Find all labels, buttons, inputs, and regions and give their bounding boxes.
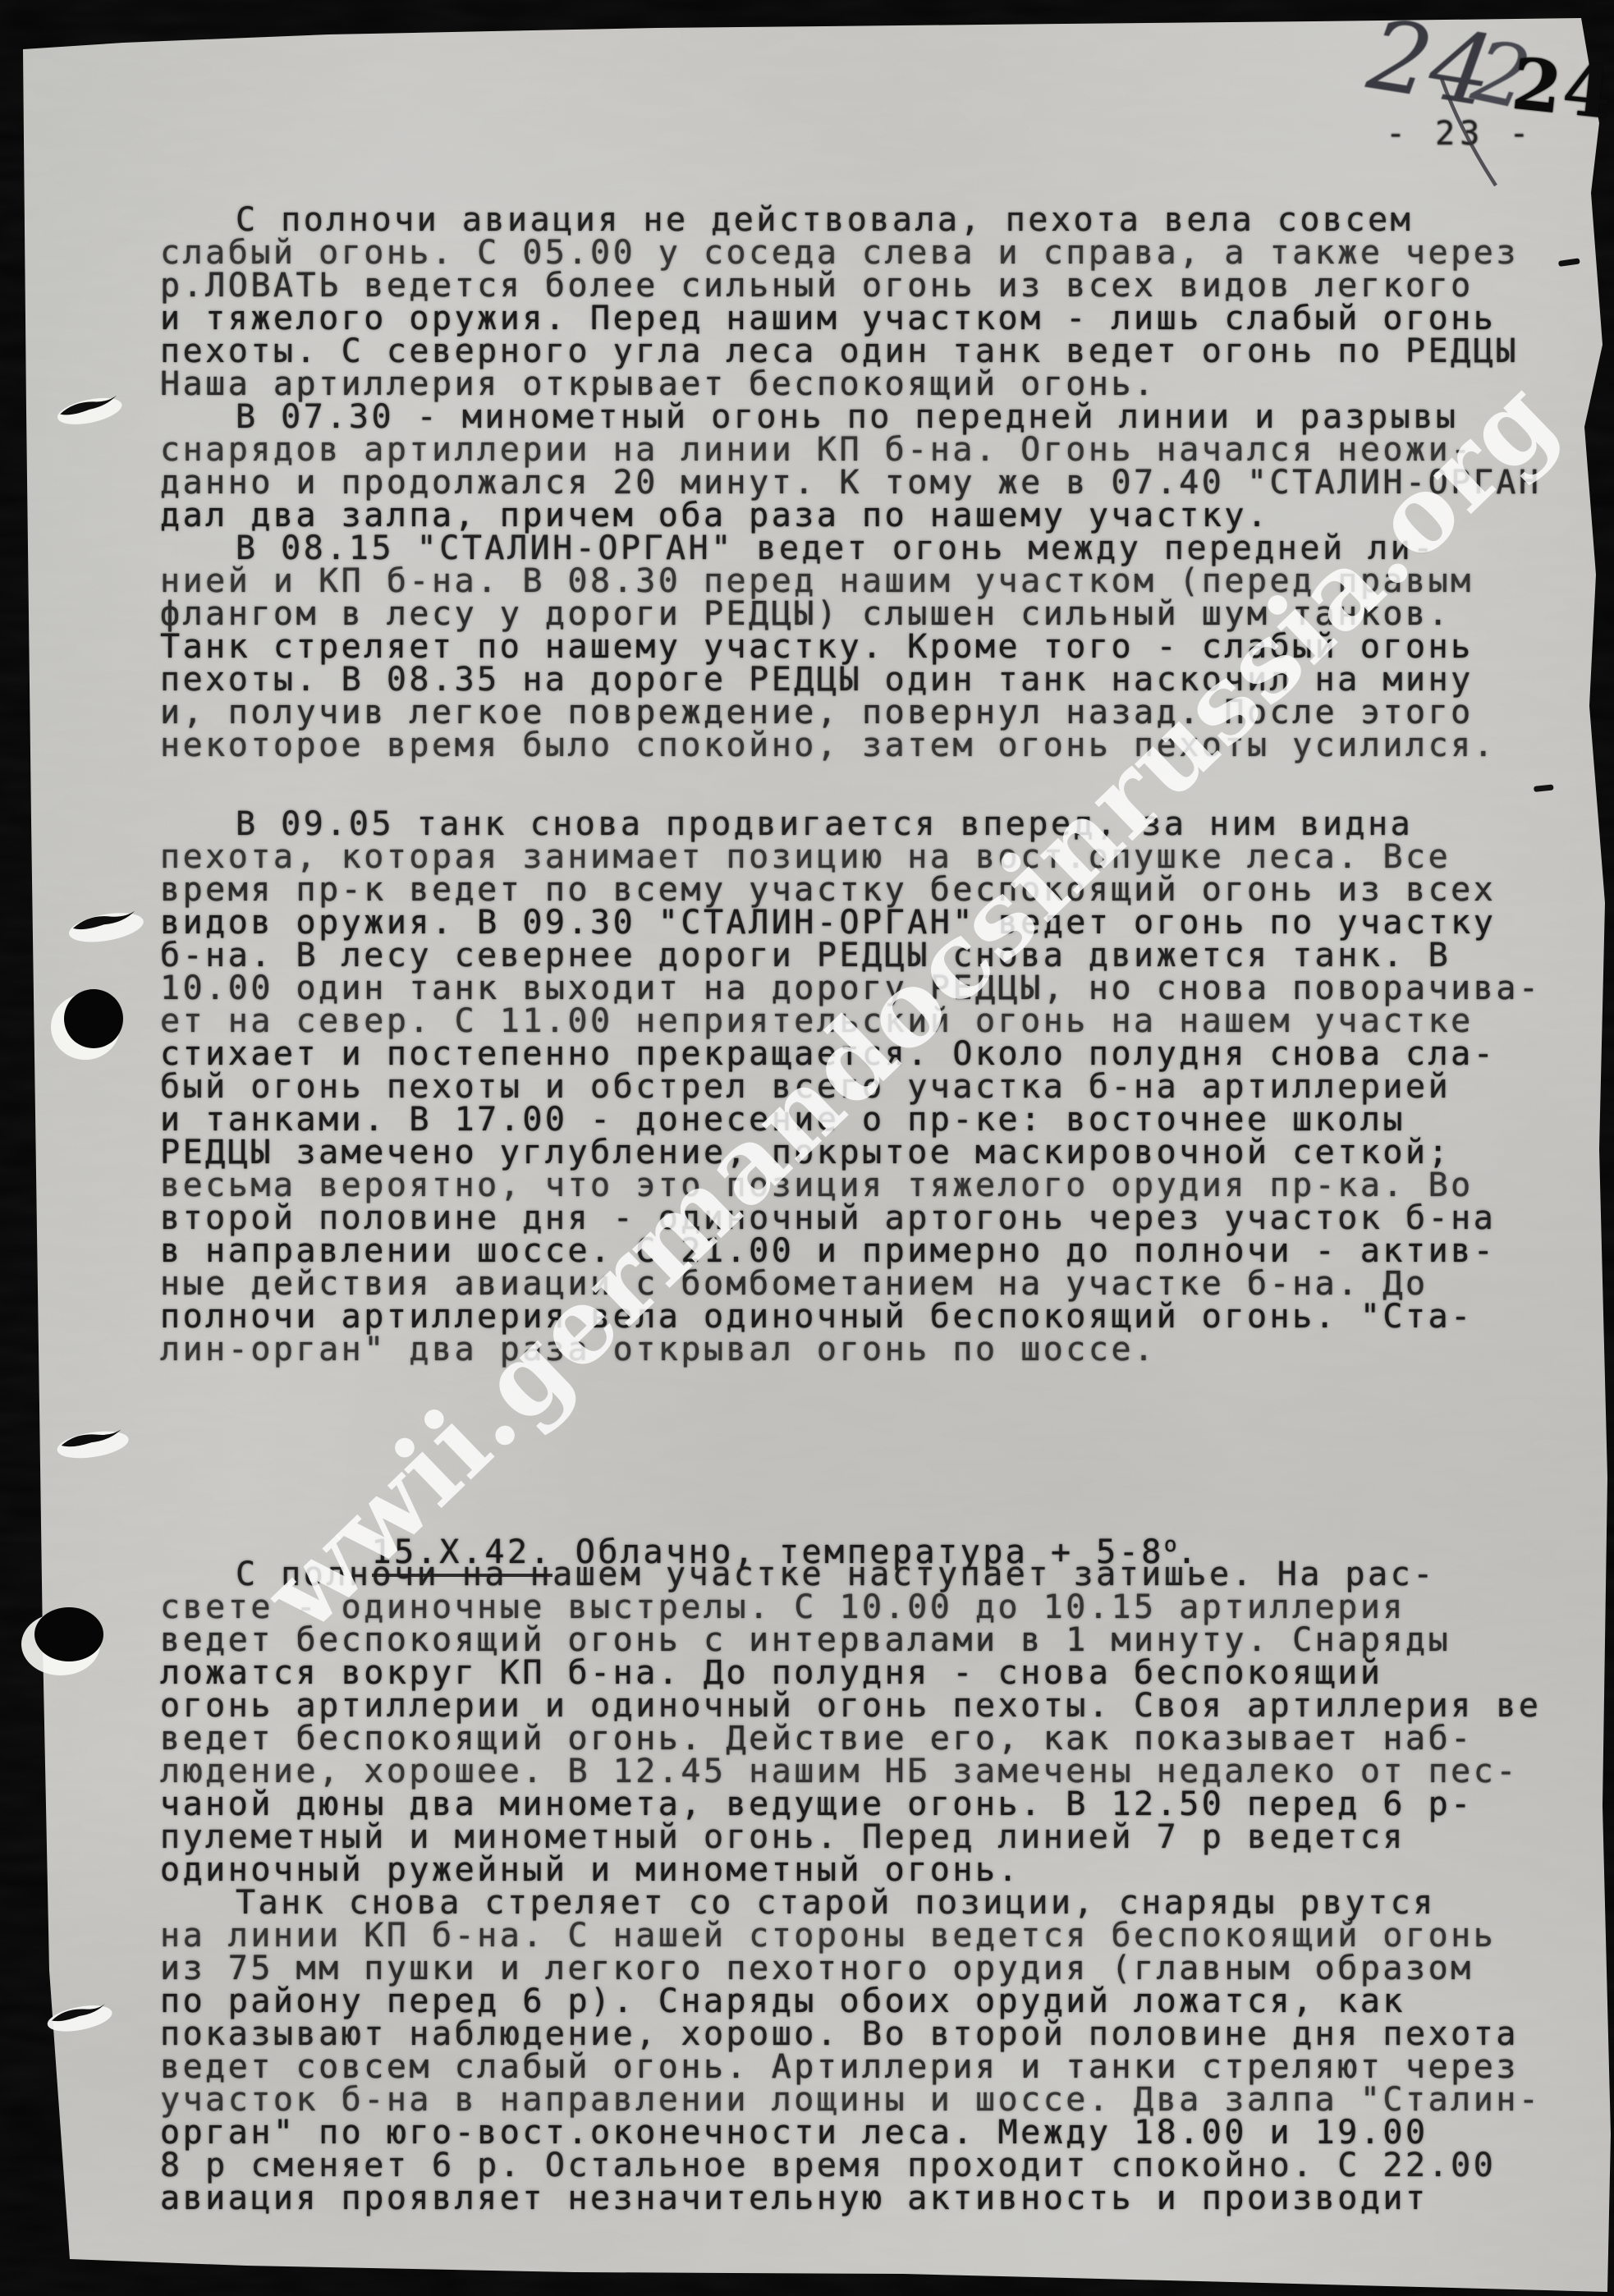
text-line: р.ЛОВАТЬ ведется более сильный огонь из … (160, 269, 1593, 302)
text-line: чаной дюны два миномета, ведущие огонь. … (160, 1788, 1593, 1821)
text-line: 10.00 один танк выходит на дорогу РЕДЦЫ,… (160, 972, 1593, 1005)
text-line: и, получив легкое повреждение, повернул … (160, 696, 1593, 729)
text-line: весьма вероятно, что это позиция тяжелог… (160, 1169, 1593, 1202)
text-line: ведет беспокоящий огонь с интервалами в … (160, 1624, 1593, 1657)
text-line: пехота, которая занимает позицию на вост… (160, 841, 1593, 873)
text-line: В 07.30 - минометный огонь по передней л… (160, 401, 1593, 433)
text-line: В 08.15 "СТАЛИН-ОРГАН" ведет огонь между… (160, 532, 1593, 565)
text-line: по району перед 6 р). Снаряды обоих оруд… (160, 1985, 1593, 2018)
text-line: показывают наблюдение, хорошо. Во второй… (160, 2018, 1593, 2051)
text-line: Наша артиллерия открывает беспокоящий ог… (160, 368, 1593, 401)
text-line: и тяжелого оружия. Перед нашим участком … (160, 302, 1593, 335)
text-line: и танками. В 17.00 - донесение о пр-ке: … (160, 1103, 1593, 1136)
text-line: б-на. В лесу севернее дороги РЕДЦЫ снова… (160, 939, 1593, 972)
text-line: полночи артиллерия вела одиночный беспок… (160, 1300, 1593, 1333)
text-line: дал два залпа, причем оба раза по нашему… (160, 499, 1593, 532)
text-line: ет на север. С 11.00 неприятельский огон… (160, 1005, 1593, 1038)
text-line: ложатся вокруг КП б-на. До полудня - сно… (160, 1657, 1593, 1689)
text-line: 8 р сменяет 6 р. Остальное время проходи… (160, 2149, 1593, 2182)
paragraph: В 08.15 "СТАЛИН-ОРГАН" ведет огонь между… (160, 532, 1593, 762)
paragraph: Танк снова стреляет со старой позиции, с… (160, 1886, 1593, 2215)
text-line: С полночи авиация не действовала, пехота… (160, 204, 1593, 236)
text-line: пехоты. С северного угла леса один танк … (160, 335, 1593, 368)
paragraph: С полночи авиация не действовала, пехота… (160, 204, 1593, 401)
text-line: бый огонь пехоты и обстрел всего участка… (160, 1070, 1593, 1103)
text-line: Танк снова стреляет со старой позиции, с… (160, 1886, 1593, 1919)
text-line: С полночи на нашем участке наступает зат… (160, 1558, 1593, 1591)
text-line: людение, хорошее. В 12.45 нашим НБ замеч… (160, 1755, 1593, 1788)
text-line: флангом в лесу у дороги РЕДЦЫ) слышен си… (160, 598, 1593, 630)
text-line: орган" по юго-вост.оконечности леса. Меж… (160, 2116, 1593, 2149)
text-line: огонь артиллерии и одиночный огонь пехот… (160, 1689, 1593, 1722)
text-line: В 09.05 танк снова продвигается вперед, … (160, 808, 1593, 841)
text-line: время пр-к ведет по всему участку беспок… (160, 873, 1593, 906)
text-line: ные действия авиации с бомбометанием на … (160, 1267, 1593, 1300)
text-line: стихает и постепенно прекращается. Около… (160, 1038, 1593, 1070)
paragraph: В 09.05 танк снова продвигается вперед, … (160, 808, 1593, 1366)
text-line: пулеметный и минометный огонь. Перед лин… (160, 1821, 1593, 1854)
text-line: из 75 мм пушки и легкого пехотного оруди… (160, 1952, 1593, 1985)
text-line: второй половине дня - одиночный артогонь… (160, 1202, 1593, 1235)
text-line: Танк стреляет по нашему участку. Кроме т… (160, 630, 1593, 663)
text-line: РЕДЦЫ замечено углубление, покрытое маск… (160, 1136, 1593, 1169)
text-line: свете - одиночные выстрелы. С 10.00 до 1… (160, 1591, 1593, 1624)
text-line: одиночный ружейный и минометный огонь. (160, 1854, 1593, 1886)
text-line: некоторое время было спокойно, затем ого… (160, 729, 1593, 762)
paragraph: С полночи на нашем участке наступает зат… (160, 1558, 1593, 1886)
text-line: ведет совсем слабый огонь. Артиллерия и … (160, 2051, 1593, 2083)
paragraph: В 07.30 - минометный огонь по передней л… (160, 401, 1593, 532)
text-line: нией и КП б-на. В 08.30 перед нашим учас… (160, 565, 1593, 598)
text-line: в направлении шоссе. С 21.00 и примерно … (160, 1235, 1593, 1267)
scanned-document-page: 24 2 24 - 23 - (0, 0, 1614, 2296)
text-line: авиация проявляет незначительную активно… (160, 2182, 1593, 2215)
text-line: снарядов артиллерии на линии КП б-на. Ог… (160, 433, 1593, 466)
text-line: лин-орган" два раза открывал огонь по шо… (160, 1333, 1593, 1366)
text-line: участок б-на в направлении лощины и шосс… (160, 2083, 1593, 2116)
text-line: слабый огонь. С 05.00 у соседа слева и с… (160, 236, 1593, 269)
text-line: видов оружия. В 09.30 "СТАЛИН-ОРГАН" вед… (160, 906, 1593, 939)
text-line: ведет беспокоящий огонь. Действие его, к… (160, 1722, 1593, 1755)
typed-page-number: - 23 - (1386, 115, 1525, 153)
text-line: пехоты. В 08.35 на дороге РЕДЦЫ один тан… (160, 663, 1593, 696)
degree-sign: о (1164, 1533, 1177, 1557)
text-line: на линии КП б-на. С нашей стороны ведетс… (160, 1919, 1593, 1952)
text-line: данно и продолжался 20 минут. К тому же … (160, 466, 1593, 499)
